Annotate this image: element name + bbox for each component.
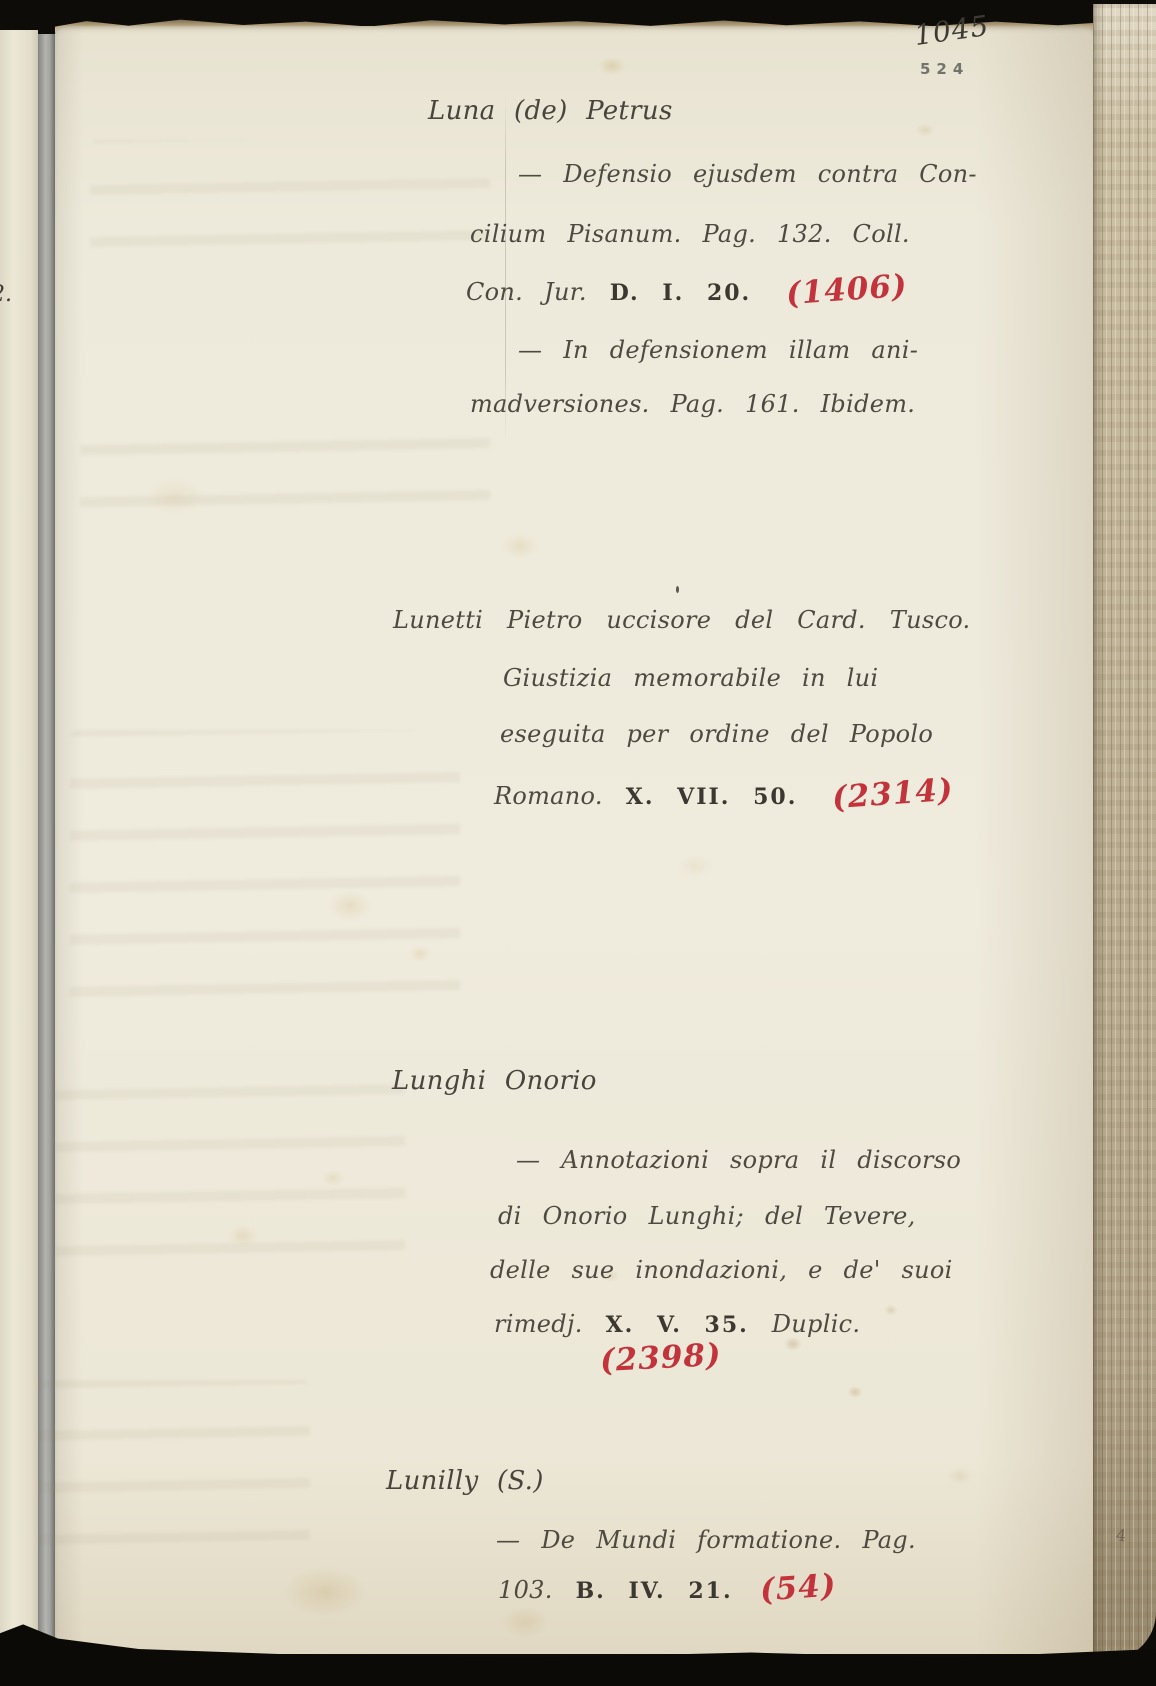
entry-heading-luna: Luna (de) Petrus — [428, 96, 673, 126]
accession-number-2398: (2398) — [599, 1337, 722, 1379]
entry-lunghi-line2: di Onorio Lunghi; del Tevere, — [498, 1202, 916, 1230]
ink-speck — [676, 586, 679, 593]
entry-lunetti-line4-text: Romano. — [494, 782, 603, 810]
manuscript-photo: 1045 524 2. 4 Luna (de) Petrus — Defensi… — [0, 0, 1156, 1686]
page-number-stamp: 524 — [920, 60, 969, 78]
entry-heading-lunilly: Lunilly (S.) — [386, 1466, 544, 1496]
shelfmark-x-vii-50: X. VII. 50. — [624, 784, 800, 810]
entry-lunilly-line1: — De Mundi formatione. Pag. — [496, 1526, 916, 1554]
entry-heading-lunetti: Lunetti Pietro uccisore del Card. Tusco. — [393, 606, 970, 634]
shelfmark-x-v-35: X. V. 35. — [604, 1312, 751, 1338]
entry-luna-item1-line3-text: Con. Jur. — [466, 278, 587, 306]
entry-luna-item1-line3: Con. Jur. D. I. 20. (1406) — [466, 272, 908, 308]
shelfmark-b-iv-21: B. IV. 21. — [574, 1578, 735, 1604]
entry-lunilly-line2-text: 103. — [498, 1576, 553, 1604]
entry-lunetti-line4: Romano. X. VII. 50. (2314) — [494, 776, 954, 812]
entry-lunghi-line1: — Annotazioni sopra il discorso — [516, 1146, 961, 1174]
book-fore-edge — [1093, 4, 1156, 1660]
accession-number-2314: (2314) — [831, 772, 955, 816]
fore-edge-pencil-mark: 4 — [1115, 1526, 1127, 1546]
facing-page-edge — [0, 30, 38, 1636]
shelfmark-d-i-20: D. I. 20. — [608, 280, 754, 306]
accession-number-54: (54) — [758, 1567, 837, 1608]
entry-lunghi-line4-text: rimedj. — [494, 1310, 583, 1338]
accession-number-1406: (1406) — [785, 268, 909, 312]
entry-lunghi-line4: rimedj. X. V. 35. Duplic. — [494, 1310, 860, 1338]
entry-lunetti-line2: Giustizia memorabile in lui — [503, 664, 878, 692]
entry-heading-lunghi: Lunghi Onorio — [392, 1066, 597, 1096]
spine-gap — [38, 34, 55, 1638]
entry-lunilly-line2: 103. B. IV. 21. (54) — [498, 1570, 836, 1606]
entry-lunghi-line3: delle sue inondazioni, e de' suoi — [490, 1256, 953, 1284]
entry-lunetti-line3: eseguita per ordine del Popolo — [500, 720, 933, 748]
entry-luna-item1-line1: — Defensio ejusdem contra Con- — [518, 160, 977, 188]
entry-luna-item1-line2: cilium Pisanum. Pag. 132. Coll. — [470, 220, 910, 248]
entry-lunghi-line4-tail: Duplic. — [772, 1310, 861, 1338]
entry-luna-item2-line2: madversiones. Pag. 161. Ibidem. — [470, 390, 915, 418]
left-margin-fragment: 2. — [0, 282, 12, 307]
entry-luna-item2-line1: — In defensionem illam ani- — [518, 336, 918, 364]
manuscript-page — [55, 26, 1100, 1654]
